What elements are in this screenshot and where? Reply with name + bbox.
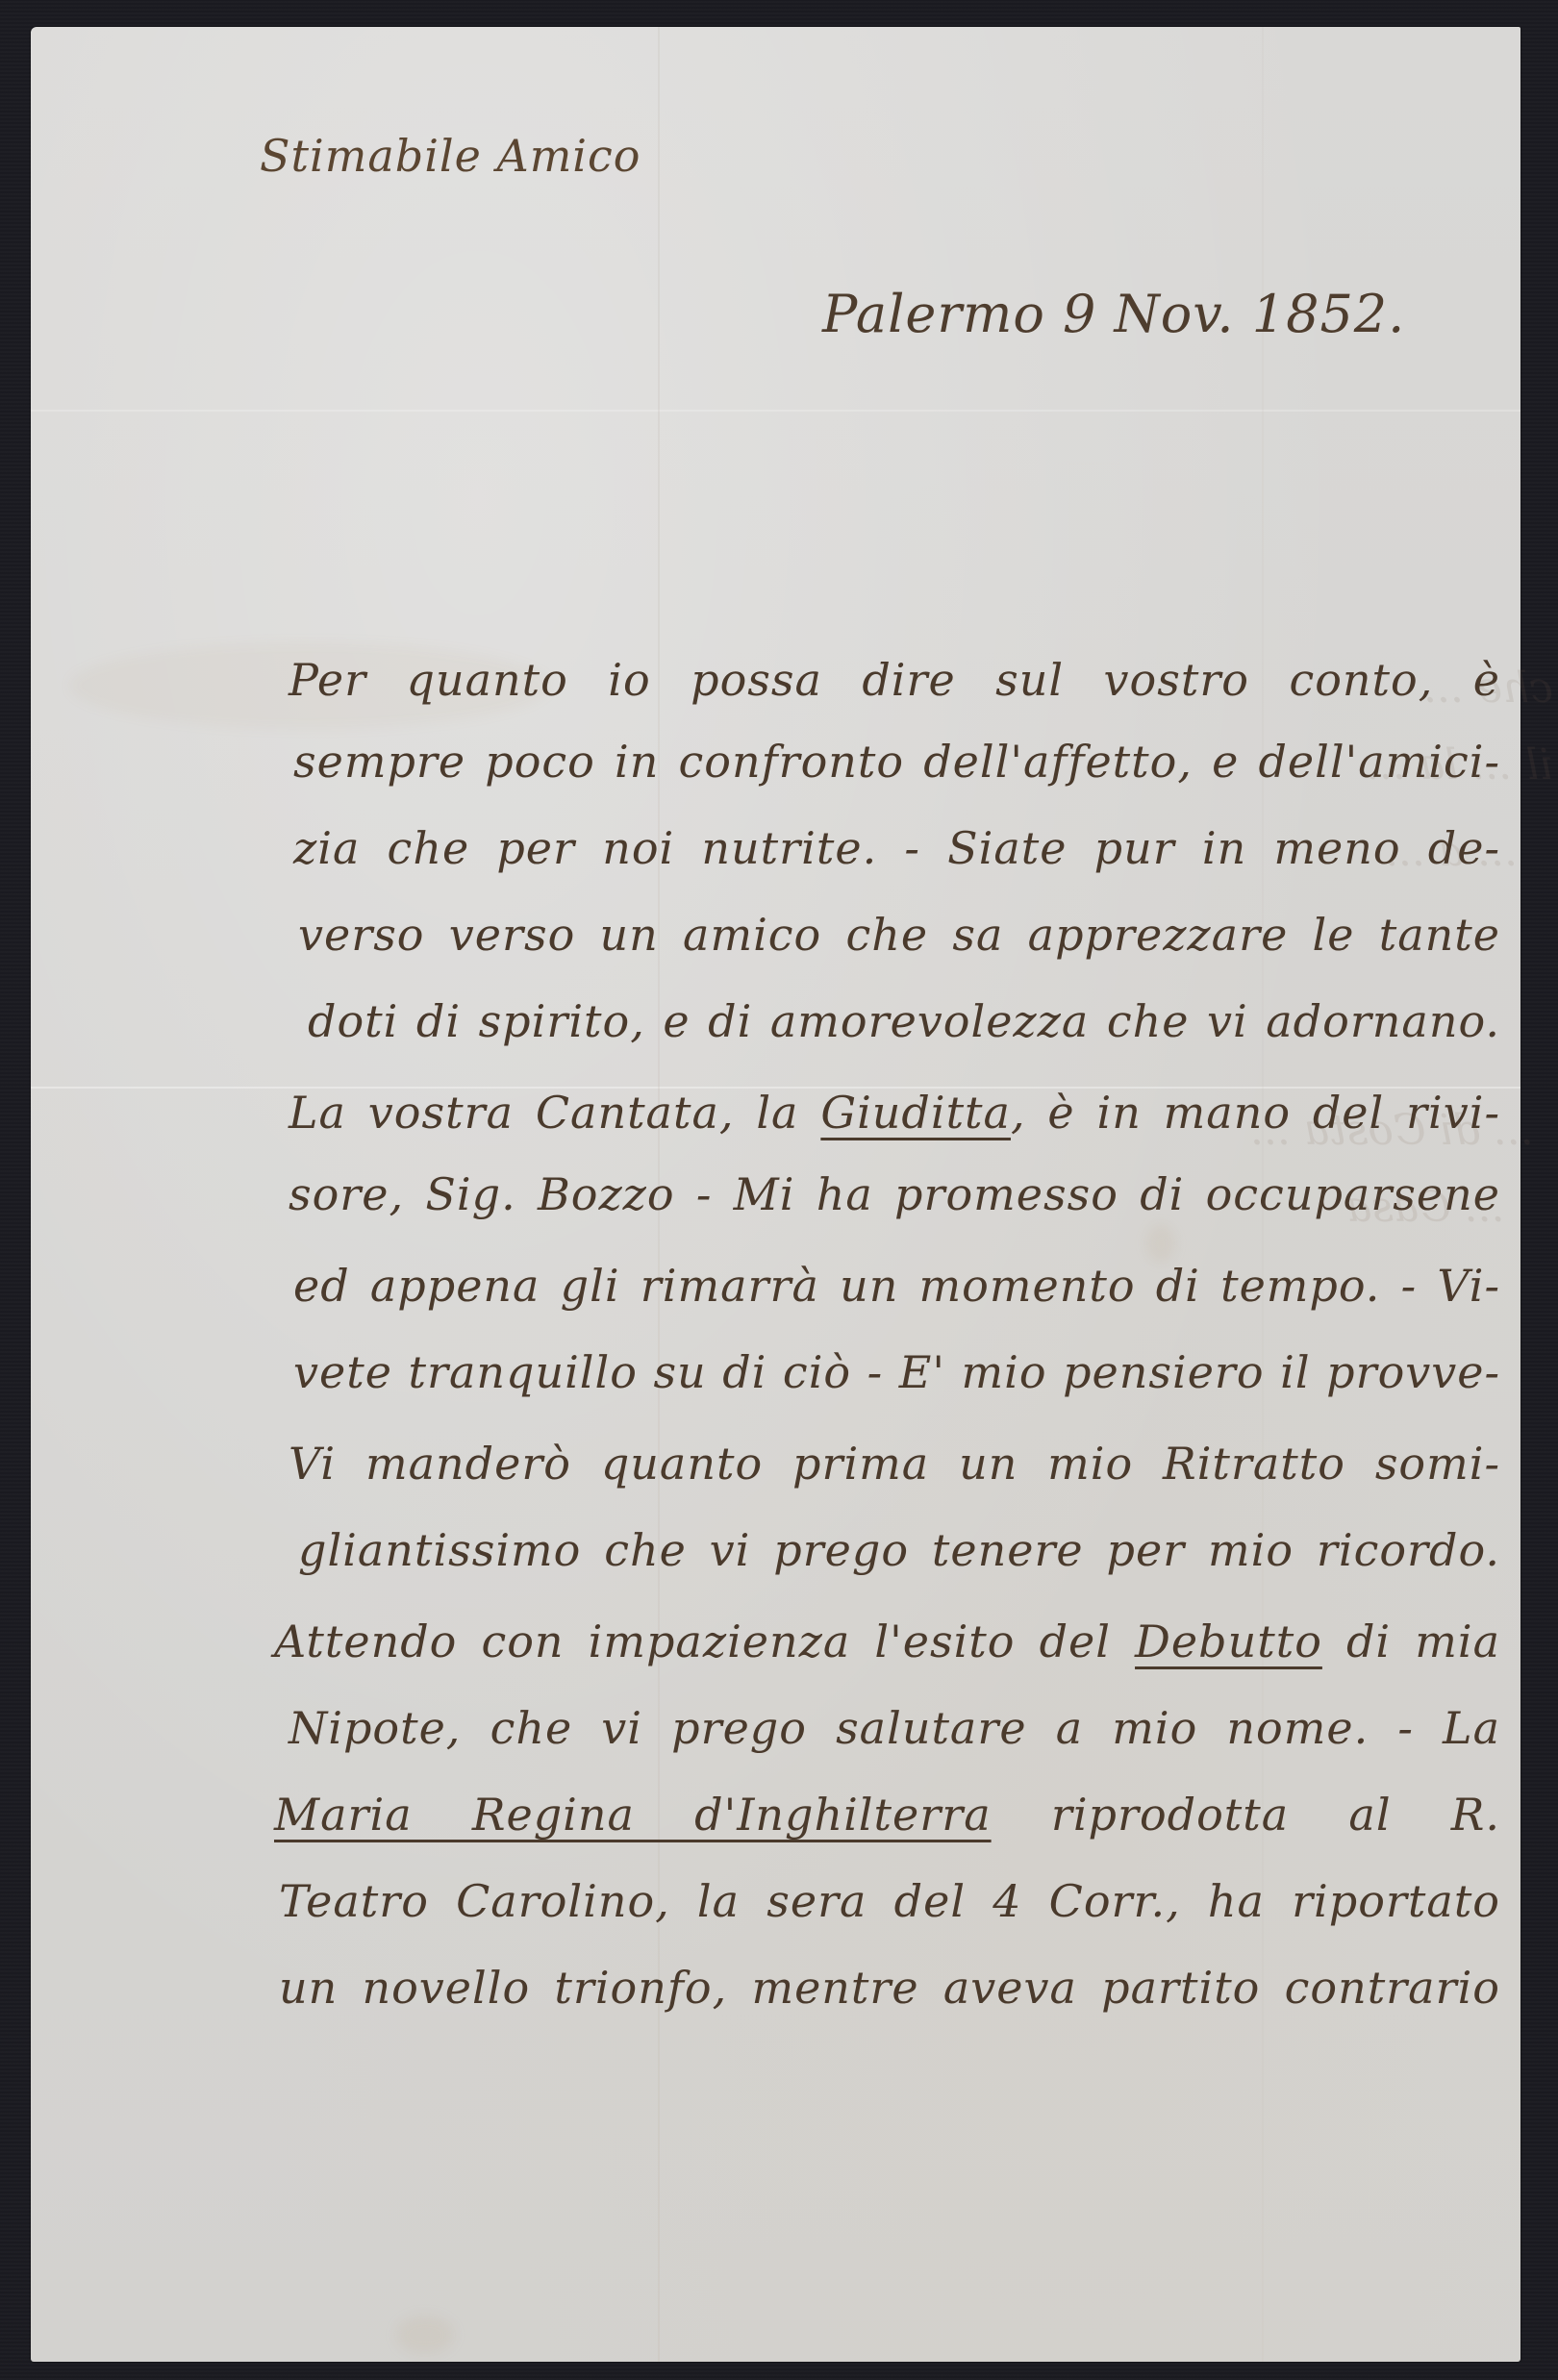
paper-stain [1146, 1224, 1175, 1263]
dateline-text: Palermo 9 Nov. 1852. [822, 284, 1405, 344]
underlined-word: Maria Regina d'Inghilterra [274, 1789, 992, 1841]
letter-line: ed appena gli rimarrà un momento di temp… [293, 1260, 1500, 1312]
salutation: Stimabile Amico [260, 130, 641, 182]
dateline: Palermo 9 Nov. 1852. [822, 284, 1405, 344]
letter-line: Vi manderò quanto prima un mio Ritratto … [289, 1438, 1500, 1490]
letter-line: Teatro Carolino, la sera del 4 Corr., ha… [279, 1875, 1500, 1927]
underlined-word: Giuditta [820, 1087, 1011, 1139]
letter-line: sore, Sig. Bozzo - Mi ha promesso di occ… [289, 1168, 1500, 1220]
letter-line: vete tranquillo su di ciò - E' mio pensi… [293, 1346, 1500, 1398]
underlined-word: Debutto [1135, 1616, 1322, 1667]
letter-line: Attendo con impazienza l'esito del Debut… [274, 1616, 1500, 1667]
letter-line: un novello trionfo, mentre aveva partito… [279, 1962, 1500, 2014]
letter-line: doti di spirito, e di amorevolezza che v… [308, 995, 1500, 1047]
horizontal-fold-line-upper [31, 410, 1520, 412]
letter-line: sempre poco in confronto dell'affetto, e… [293, 736, 1500, 788]
letter-line: gliantissimo che vi prego tenere per mio… [298, 1524, 1500, 1576]
letter-line: Nipote, che vi prego salutare a mio nome… [289, 1702, 1500, 1754]
letter-line: Maria Regina d'Inghilterra riprodotta al… [274, 1789, 1500, 1841]
letter-line: La vostra Cantata, la Giuditta, è in man… [289, 1087, 1500, 1139]
letter-line: Per quanto io possa dire sul vostro cont… [289, 654, 1500, 706]
letter-line: verso verso un amico che sa apprezzare l… [298, 909, 1500, 961]
paper-stain [396, 2316, 454, 2354]
letter-line: zia che per noi nutrite. - Siate pur in … [293, 822, 1500, 874]
